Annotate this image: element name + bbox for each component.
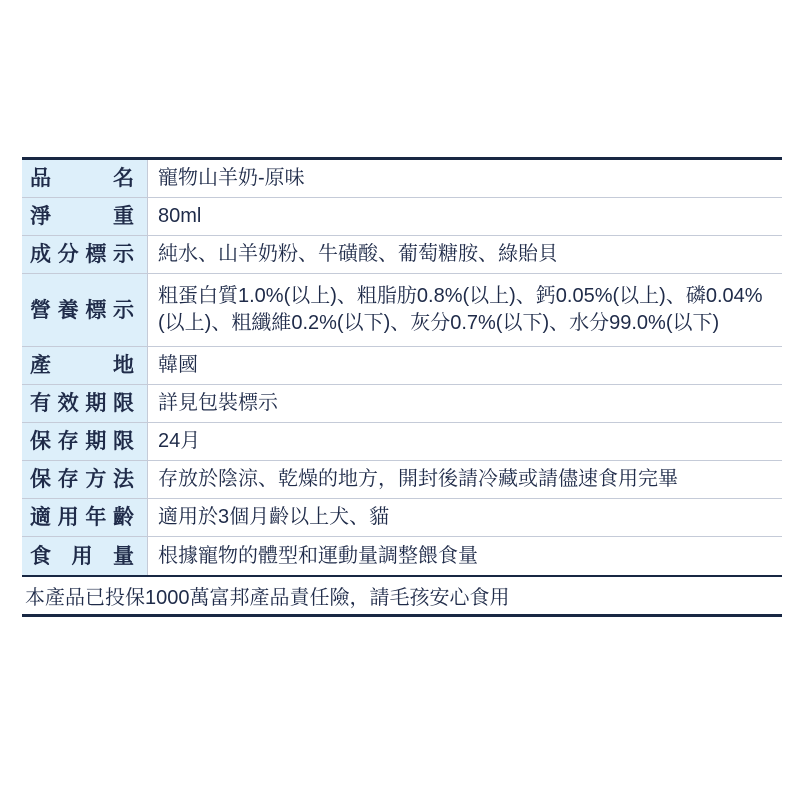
- row-value: 根據寵物的體型和運動量調整餵食量: [148, 537, 782, 575]
- row-label: 食用量: [30, 546, 134, 567]
- row-label: 成分標示: [30, 244, 134, 265]
- row-value: 韓國: [148, 347, 782, 384]
- insurance-note: 本產品已投保1000萬富邦產品責任險，請毛孩安心食用: [22, 575, 782, 614]
- table-row-nutrition: 營養標示 粗蛋白質1.0%(以上)、粗脂肪0.8%(以上)、鈣0.05%(以上)…: [22, 274, 782, 347]
- row-label: 保存方法: [30, 469, 134, 490]
- row-label: 營養標示: [30, 300, 134, 321]
- row-value: 粗蛋白質1.0%(以上)、粗脂肪0.8%(以上)、鈣0.05%(以上)、磷0.0…: [148, 274, 782, 346]
- row-value: 詳見包裝標示: [148, 385, 782, 422]
- row-value: 適用於3個月齡以上犬、貓: [148, 499, 782, 536]
- row-label-cell: 成分標示: [22, 236, 148, 273]
- row-label: 品名: [30, 168, 134, 189]
- row-label: 產地: [30, 355, 134, 376]
- row-value: 寵物山羊奶-原味: [148, 160, 782, 197]
- row-label-cell: 營養標示: [22, 274, 148, 346]
- row-label: 淨重: [30, 206, 134, 227]
- row-label-cell: 保存方法: [22, 461, 148, 498]
- row-value: 純水、山羊奶粉、牛磺酸、葡萄糖胺、綠貽貝: [148, 236, 782, 273]
- table-row-storage: 保存方法 存放於陰涼、乾燥的地方，開封後請冷藏或請儘速食用完畢: [22, 461, 782, 499]
- row-label: 保存期限: [30, 431, 134, 452]
- row-label-cell: 食用量: [22, 537, 148, 575]
- table-row-product-name: 品名 寵物山羊奶-原味: [22, 160, 782, 198]
- product-spec-table: 品名 寵物山羊奶-原味 淨重 80ml 成分標示 純水、山羊奶粉、牛磺酸、葡萄糖…: [22, 157, 782, 617]
- table-row-age-range: 適用年齡 適用於3個月齡以上犬、貓: [22, 499, 782, 537]
- row-label-cell: 淨重: [22, 198, 148, 235]
- row-label: 適用年齡: [30, 507, 134, 528]
- table-row-shelf-life: 保存期限 24月: [22, 423, 782, 461]
- table-row-net-weight: 淨重 80ml: [22, 198, 782, 236]
- table-row-ingredients: 成分標示 純水、山羊奶粉、牛磺酸、葡萄糖胺、綠貽貝: [22, 236, 782, 274]
- row-label-cell: 產地: [22, 347, 148, 384]
- row-value: 24月: [148, 423, 782, 460]
- table-row-origin: 產地 韓國: [22, 347, 782, 385]
- table-row-expiry: 有效期限 詳見包裝標示: [22, 385, 782, 423]
- row-label-cell: 適用年齡: [22, 499, 148, 536]
- row-label: 有效期限: [30, 393, 134, 414]
- product-spec-page: 品名 寵物山羊奶-原味 淨重 80ml 成分標示 純水、山羊奶粉、牛磺酸、葡萄糖…: [0, 0, 800, 800]
- row-label-cell: 保存期限: [22, 423, 148, 460]
- table-row-feeding-amount: 食用量 根據寵物的體型和運動量調整餵食量: [22, 537, 782, 575]
- row-label-cell: 品名: [22, 160, 148, 197]
- row-value: 存放於陰涼、乾燥的地方，開封後請冷藏或請儘速食用完畢: [148, 461, 782, 498]
- row-label-cell: 有效期限: [22, 385, 148, 422]
- row-value: 80ml: [148, 198, 782, 235]
